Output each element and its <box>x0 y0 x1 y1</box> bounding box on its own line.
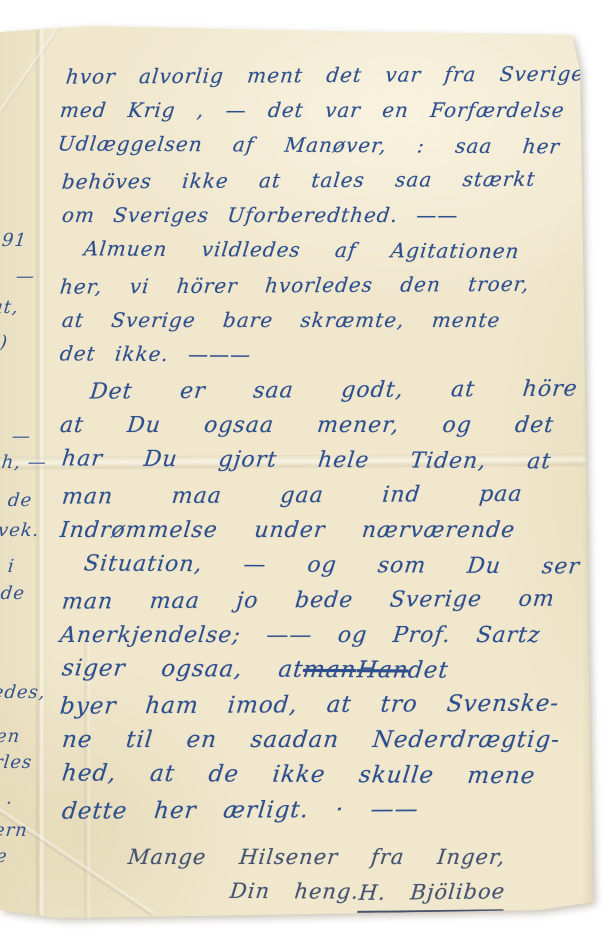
handwriting-line: Indrømmelse under nærværende <box>60 513 600 548</box>
handwriting-text: Situation, — og som Du ser <box>82 546 582 584</box>
margin-fragment: 91 <box>1 230 28 251</box>
letter-paper: hvor alvorlig ment det var fra Sverigeme… <box>0 0 616 950</box>
handwriting-text: her, vi hörer hvorledes den troer, <box>58 267 531 305</box>
margin-fragment: — <box>11 426 32 447</box>
handwriting-segment: Din heng. <box>228 874 361 910</box>
handwriting-segment: siger ogsaa, at <box>60 651 305 687</box>
handwriting-segment: det <box>406 653 450 688</box>
handwriting-line: hvor alvorlig ment det var fra Sverige <box>66 56 600 94</box>
handwriting-text: Almuen vildledes af Agitationen <box>82 231 521 269</box>
paper-wrapper: hvor alvorlig ment det var fra Sverigeme… <box>0 0 616 950</box>
handwriting-text: det ikke. ——— <box>58 336 253 372</box>
handwriting-line: med Krig , — det var en Forfærdelse med <box>60 93 600 128</box>
handwriting-line: her, vi hörer hvorledes den troer, <box>60 266 600 304</box>
handwriting-line: det ikke. ——— <box>60 336 600 374</box>
handwriting-text: med Krig , — det var en Forfærdelse med <box>58 93 616 128</box>
handwriting-text: at Du ogsaa mener, og det <box>58 408 556 443</box>
handwriting-line: man maa jo bede Sverige om <box>62 581 600 619</box>
handwriting-line: Almuen vildledes af Agitationen <box>84 231 600 269</box>
letter-body: hvor alvorlig ment det var fra Sverigeme… <box>0 58 600 910</box>
handwriting-text: Mange Hilsener fra Inger, <box>126 840 507 875</box>
handwriting-text: man maa jo bede Sverige om <box>60 582 556 620</box>
handwriting-text: hed, at de ikke skulle mene <box>60 756 537 794</box>
handwriting-text: Udlæggelsen af Manøver, : saa her <box>56 126 562 164</box>
handwriting-line: at Sverige bare skræmte, mente <box>62 303 600 338</box>
handwriting-line: Det er saa godt, at höre <box>90 371 600 409</box>
margin-fragment: en <box>0 726 21 747</box>
handwriting-line: ne til en saadan Nederdrægtig- <box>62 723 600 758</box>
handwriting-text: om Sveriges Uforberedthed. —— <box>60 198 460 233</box>
handwriting-line: behöves ikke at tales saa stærkt <box>62 161 600 199</box>
handwriting-line: at Du ogsaa mener, og det <box>60 408 600 443</box>
struck-word: man <box>301 653 358 688</box>
handwriting-text: Indrømmelse under nærværende <box>58 513 517 548</box>
handwriting-line: man maa gaa ind paa <box>62 476 600 514</box>
handwriting-line: har Du gjort hele Tiden, at <box>62 441 600 479</box>
handwriting-line: siger ogsaa, at man Han det <box>62 651 600 689</box>
handwriting-line: hed, at de ikke skulle mene <box>62 756 600 794</box>
handwriting-line: om Sveriges Uforberedthed. —— <box>62 198 600 233</box>
handwriting-line: Udlæggelsen af Manøver, : saa her <box>58 126 600 164</box>
handwriting-text: ne til en saadan Nederdrægtig- <box>60 723 562 758</box>
handwriting-text: hvor alvorlig ment det var fra Sverige <box>64 56 586 94</box>
struck-word: Han <box>355 653 410 688</box>
signature-line: Mange Hilsener fra Inger, <box>128 840 600 875</box>
handwriting-text: man maa gaa ind paa <box>60 477 524 515</box>
margin-fragment: at, <box>0 297 20 318</box>
handwriting-text: har Du gjort hele Tiden, at <box>60 441 553 479</box>
handwriting-text: at Sverige bare skræmte, mente <box>60 303 502 338</box>
handwriting-text: dette her ærligt. · —— <box>60 792 420 829</box>
handwriting-line: dette her ærligt. · —— <box>62 791 600 829</box>
margin-fragment: vek. <box>0 520 41 541</box>
margin-fragment: ledes, <box>0 682 47 703</box>
handwriting-line: byer ham imod, at tro Svenske- <box>60 686 600 724</box>
margin-fragment: ern <box>0 820 29 841</box>
margin-fragment: de <box>7 490 33 511</box>
handwriting-text: behöves ikke at tales saa stærkt <box>60 162 537 200</box>
handwriting-text: Det er saa godt, at höre <box>88 372 579 410</box>
handwriting-line: Situation, — og som Du ser <box>84 546 600 584</box>
signature-name: H. Bjöliboe <box>357 874 507 913</box>
margin-fragment: ah, — <box>0 452 48 473</box>
margin-fragment: rles <box>0 752 33 773</box>
handwriting-line: Anerkjendelse; —— og Prof. Sartz <box>60 618 600 653</box>
margin-fragment: — <box>15 266 36 287</box>
handwriting-text: byer ham imod, at tro Svenske- <box>58 687 561 725</box>
signature-line: Din heng. H. Bjöliboe <box>230 874 600 911</box>
margin-fragment: lde <box>0 583 26 604</box>
handwriting-text: Anerkjendelse; —— og Prof. Sartz <box>58 618 542 653</box>
